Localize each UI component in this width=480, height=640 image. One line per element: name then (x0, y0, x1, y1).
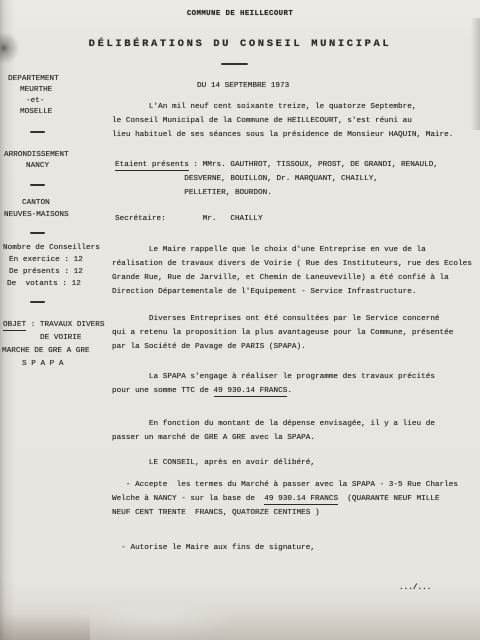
sidebar-departement-meurthe: MEURTHE (20, 85, 52, 96)
sidebar-objet-voirie: DE VOIRIE (40, 333, 82, 344)
decision-accepte: - Accepte les termes du Marché à passer … (112, 478, 478, 520)
sidebar-departement-moselle: MOSELLE (20, 107, 52, 118)
sidebar-conseillers-votants: De votants : 12 (7, 279, 81, 290)
paragraph-marche-gre: En fonction du montant de la dépense env… (112, 417, 478, 445)
sidebar-divider-rule (30, 131, 45, 133)
sidebar-arrondissement-label: ARRONDISSEMENT (4, 150, 69, 161)
scan-shadow-bottom-left (0, 614, 90, 640)
amount-underlined: 49 930.14 FRANCS (214, 387, 288, 397)
amount-underlined: 49 930.14 FRANCS (264, 495, 338, 505)
sidebar-objet-line: OBJET : TRAVAUX DIVERS (3, 320, 105, 331)
sidebar-divider-rule (30, 232, 45, 234)
objet-rest: : TRAVAUX DIVERS (26, 321, 104, 329)
decision-autorise: - Autorise le Maire aux fins de signatur… (112, 541, 478, 555)
engagement-end: . (287, 387, 292, 395)
secretary-line: Secrétaire: Mr. CHAILLY (115, 212, 480, 226)
paragraph-consultation: Diverses Entreprises ont été consultées … (112, 312, 478, 354)
sidebar-arrondissement-value: NANCY (26, 161, 49, 172)
document-title: DÉLIBÉRATIONS DU CONSEIL MUNICIPAL (0, 38, 480, 50)
paragraph-engagement: La SPAPA s'engage à réaliser le programm… (112, 370, 478, 398)
session-date: DU 14 SEPTEMBRE 1973 (197, 79, 397, 93)
sidebar-departement-label: DEPARTEMENT (8, 74, 59, 85)
sidebar-objet-spapa: S P A P A (22, 359, 64, 370)
sidebar-divider-rule (30, 301, 45, 303)
sidebar-divider-rule (30, 184, 45, 186)
commune-title: COMMUNE DE HEILLECOURT (0, 10, 480, 18)
objet-label: OBJET (3, 321, 26, 331)
scanned-document-page: { "colors": { "paper": "#e9e6e1", "ink":… (0, 0, 480, 640)
intro-paragraph: L'An mil neuf cent soixante treize, le q… (112, 100, 478, 142)
title-underline-rule (221, 63, 248, 65)
sidebar-conseillers-exercice: En exercice : 12 (9, 255, 83, 266)
deliberation-line: LE CONSEIL, après en avoir délibéré, (112, 456, 478, 470)
sidebar-conseillers-presents: De présents : 12 (9, 267, 83, 278)
continuation-mark: .../... (399, 581, 469, 595)
sidebar-conseillers-heading: Nombre de Conseillers (3, 243, 100, 254)
attendees-paragraph: Etaient présents : MMrs. GAUTHROT, TISSO… (115, 158, 480, 200)
sidebar-objet-marche: MARCHE DE GRE A GRE (2, 346, 90, 357)
sidebar-canton-value: NEUVES-MAISONS (4, 210, 69, 221)
attendees-label: Etaient présents (115, 161, 189, 171)
sidebar-departement-et: -et- (26, 96, 44, 107)
paragraph-choix-entreprise: Le Maire rappelle que le choix d'une Ent… (112, 243, 478, 299)
sidebar-canton-label: CANTON (22, 198, 50, 209)
